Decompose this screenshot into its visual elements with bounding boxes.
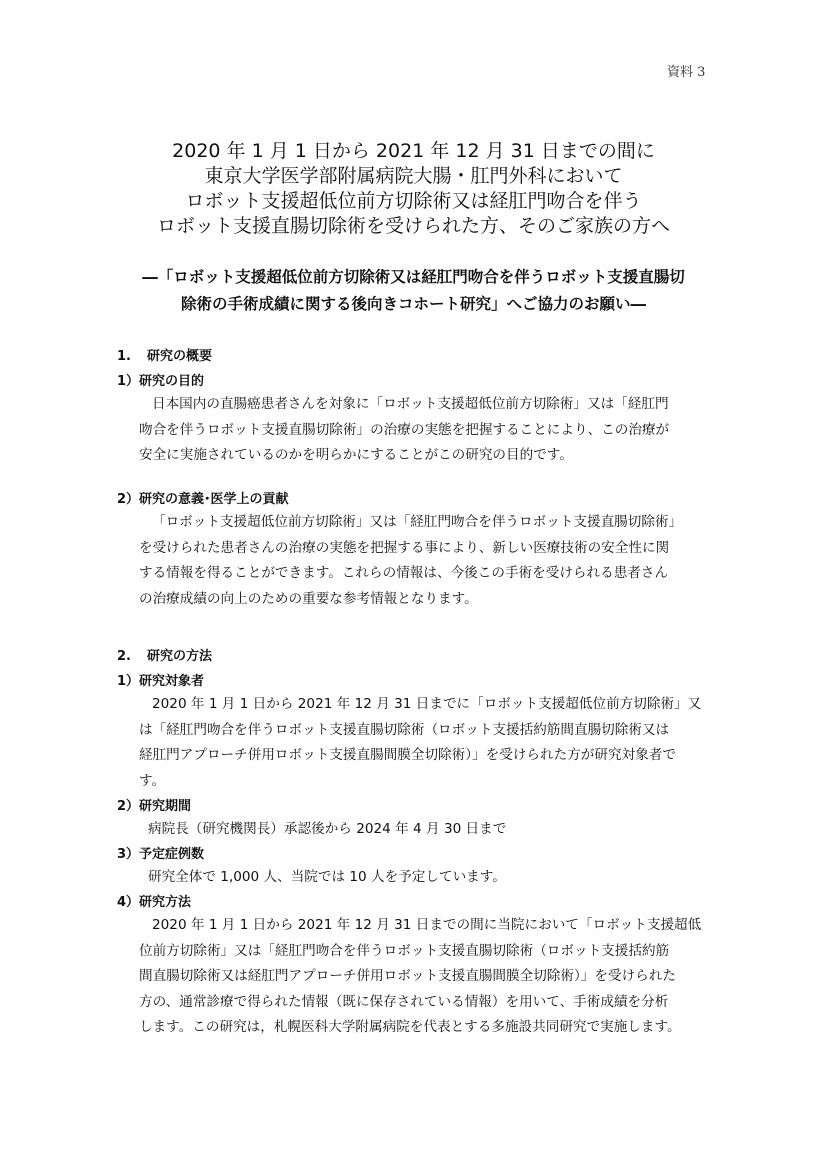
paragraph-case-count: 研究全体で 1,000 人、当院では 10 人を予定しています。 <box>139 865 719 891</box>
subsection-heading-purpose: 1）研究の目的 <box>117 370 204 389</box>
subsection-heading-significance: 2）研究の意義･医学上の貢献 <box>117 488 289 507</box>
subsection-title: 研究方法 <box>139 895 191 910</box>
paragraph-line: す。 <box>139 769 719 795</box>
subtitle-line: 除術の手術成績に関する後向きコホート研究」へご協力のお願い― <box>0 291 827 318</box>
section-heading-methods: 2.研究の方法 <box>117 645 212 664</box>
subsection-title: 研究対象者 <box>139 674 204 689</box>
subsection-number: 1） <box>117 370 139 389</box>
paragraph-line: 経肛門アプローチ併用ロボット支援直腸間膜全切除術）」を受けられた方が研究対象者で <box>139 743 719 769</box>
paragraph-line: 「ロボット支援超低位前方切除術」又は「経肛門吻合を伴うロボット支援直腸切除術」 <box>139 510 719 536</box>
subsection-heading-research-method: 4）研究方法 <box>117 891 191 910</box>
paragraph-line: 研究全体で 1,000 人、当院では 10 人を予定しています。 <box>139 865 719 891</box>
title-line: ロボット支援直腸切除術を受けられた方、そのご家族の方へ <box>0 214 827 239</box>
subsection-number: 2） <box>117 488 139 507</box>
page-label: 資料 3 <box>667 61 705 80</box>
subsection-heading-case-count: 3）予定症例数 <box>117 843 204 862</box>
title-line: 2020 年 1 月 1 日から 2021 年 12 月 31 日までの間に <box>0 139 827 164</box>
paragraph-line: 吻合を伴うロボット支援直腸切除術」の治療の実態を把握することにより、この治療が <box>139 418 719 444</box>
paragraph-line: の治療成績の向上のための重要な参考情報となります。 <box>139 587 719 613</box>
section-title: 研究の概要 <box>147 349 212 364</box>
paragraph-line: 位前方切除術」又は「経肛門吻合を伴うロボット支援直腸切除術（ロボット支援括約筋 <box>139 939 719 965</box>
paragraph-line: は「経肛門吻合を伴うロボット支援直腸切除術（ロボット支援括約筋間直腸切除術又は <box>139 718 719 744</box>
section-title: 研究の方法 <box>147 649 212 664</box>
paragraph-period: 病院長（研究機関長）承認後から 2024 年 4 月 30 日まで <box>139 817 719 843</box>
paragraph-line: 間直腸切除術又は経肛門アプローチ併用ロボット支援直腸間膜全切除術）」を受けられた <box>139 964 719 990</box>
paragraph-significance: 「ロボット支援超低位前方切除術」又は「経肛門吻合を伴うロボット支援直腸切除術」 … <box>139 510 719 612</box>
paragraph-line: を受けられた患者さんの治療の実態を把握する事により、新しい医療技術の安全性に関 <box>139 536 719 562</box>
paragraph-research-method: 2020 年 1 月 1 日から 2021 年 12 月 31 日までの間に当院… <box>139 913 719 1041</box>
subsection-number: 2） <box>117 795 139 814</box>
subtitle-line: ―「ロボット支援超低位前方切除術又は経肛門吻合を伴うロボット支援直腸切 <box>0 264 827 291</box>
paragraph-subjects: 2020 年 1 月 1 日から 2021 年 12 月 31 日までに「ロボッ… <box>139 692 719 794</box>
subsection-heading-period: 2）研究期間 <box>117 795 191 814</box>
subsection-number: 3） <box>117 843 139 862</box>
subsection-title: 研究期間 <box>139 799 191 814</box>
document-title: 2020 年 1 月 1 日から 2021 年 12 月 31 日までの間に 東… <box>0 139 827 239</box>
subsection-title: 研究の意義･医学上の貢献 <box>139 492 289 507</box>
paragraph-purpose: 日本国内の直腸癌患者さんを対象に「ロボット支援超低位前方切除術」又は「経肛門 吻… <box>139 392 719 469</box>
document-subtitle: ―「ロボット支援超低位前方切除術又は経肛門吻合を伴うロボット支援直腸切 除術の手… <box>0 264 827 318</box>
section-number: 2. <box>117 649 147 664</box>
paragraph-line: 安全に実施されているのかを明らかにすることがこの研究の目的です。 <box>139 443 719 469</box>
subsection-heading-subjects: 1）研究対象者 <box>117 670 204 689</box>
subsection-title: 予定症例数 <box>139 847 204 862</box>
subsection-number: 4） <box>117 891 139 910</box>
paragraph-line: します。この研究は，札幌医科大学附属病院を代表とする多施設共同研究で実施します。 <box>139 1015 719 1041</box>
section-heading-overview: 1.研究の概要 <box>117 345 212 364</box>
paragraph-line: 2020 年 1 月 1 日から 2021 年 12 月 31 日までに「ロボッ… <box>139 692 719 718</box>
title-line: 東京大学医学部附属病院大腸・肛門外科において <box>0 164 827 189</box>
title-line: ロボット支援超低位前方切除術又は経肛門吻合を伴う <box>0 189 827 214</box>
paragraph-line: する情報を得ることができます。これらの情報は、今後この手術を受けられる患者さん <box>139 561 719 587</box>
subsection-title: 研究の目的 <box>139 374 204 389</box>
paragraph-line: 日本国内の直腸癌患者さんを対象に「ロボット支援超低位前方切除術」又は「経肛門 <box>139 392 719 418</box>
paragraph-line: 方の、通常診療で得られた情報（既に保存されている情報）を用いて、手術成績を分析 <box>139 990 719 1016</box>
section-number: 1. <box>117 349 147 364</box>
subsection-number: 1） <box>117 670 139 689</box>
paragraph-line: 2020 年 1 月 1 日から 2021 年 12 月 31 日までの間に当院… <box>139 913 719 939</box>
paragraph-line: 病院長（研究機関長）承認後から 2024 年 4 月 30 日まで <box>139 817 719 843</box>
